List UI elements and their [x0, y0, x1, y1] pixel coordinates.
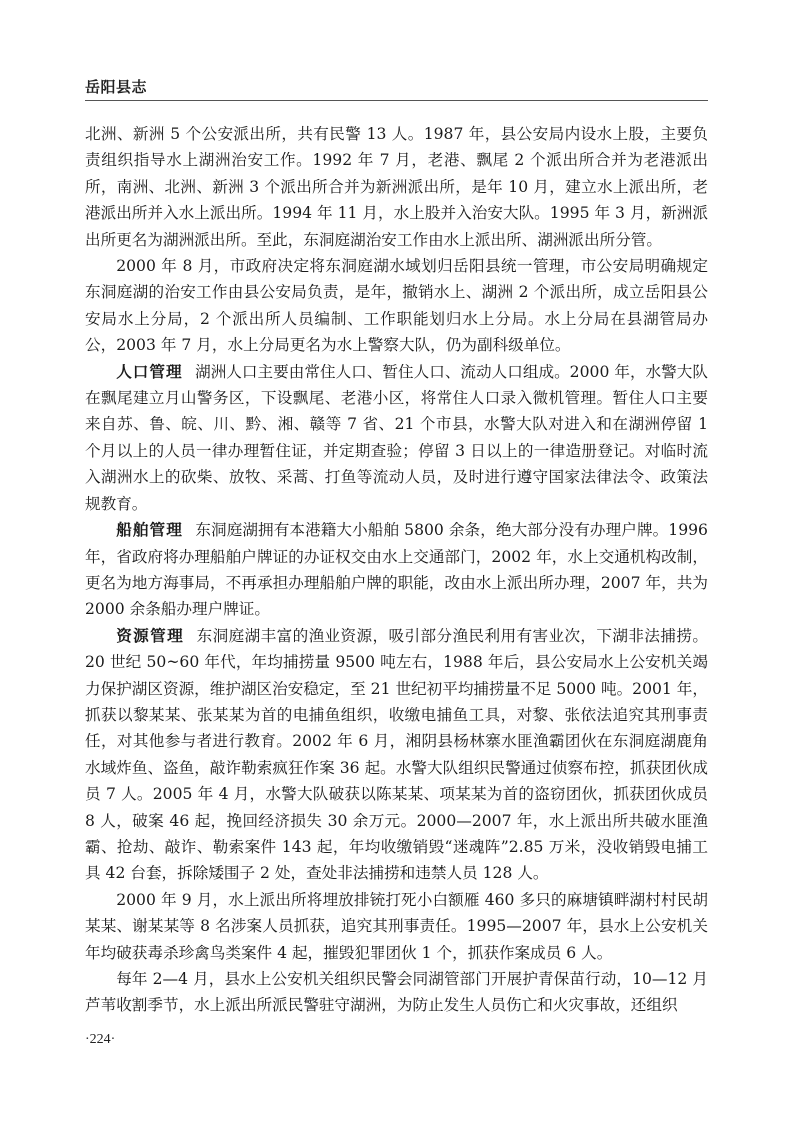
paragraph-text: 东洞庭湖丰富的渔业资源，吸引部分渔民利用有害业次，下湖非法捕捞。20 世纪 50… [85, 627, 708, 883]
header-rule [85, 100, 708, 101]
body-text: 北洲、新洲 5 个公安派出所，共有民警 13 人。1987 年，县公安局内设水上… [85, 121, 708, 1019]
paragraph-text: 北洲、新洲 5 个公安派出所，共有民警 13 人。1987 年，县公安局内设水上… [85, 125, 708, 249]
paragraph-2: 2000 年 8 月，市政府决定将东洞庭湖水域划归岳阳县统一管理，市公安局明确规… [85, 253, 708, 359]
paragraph-7: 每年 2—4 月，县水上公安机关组织民警会同湖管部门开展护青保苗行动，10—12… [85, 966, 708, 1019]
paragraph-text: 每年 2—4 月，县水上公安机关组织民警会同湖管部门开展护青保苗行动，10—12… [85, 970, 708, 1014]
page-number: ·224· [85, 1032, 115, 1048]
section-lead-heading: 人口管理 [116, 363, 182, 381]
paragraph-resource-management: 资源管理东洞庭湖丰富的渔业资源，吸引部分渔民利用有害业次，下湖非法捕捞。20 世… [85, 623, 708, 887]
paragraph-1: 北洲、新洲 5 个公安派出所，共有民警 13 人。1987 年，县公安局内设水上… [85, 121, 708, 253]
paragraph-text: 2000 年 8 月，市政府决定将东洞庭湖水域划归岳阳县统一管理，市公安局明确规… [85, 257, 708, 354]
paragraph-population-management: 人口管理湖洲人口主要由常住人口、暂住人口、流动人口组成。2000 年，水警大队在… [85, 359, 708, 517]
paragraph-text: 2000 年 9 月，水上派出所将埋放排铳打死小白额雁 460 多只的麻塘镇畔湖… [85, 891, 708, 962]
paragraph-6: 2000 年 9 月，水上派出所将埋放排铳打死小白额雁 460 多只的麻塘镇畔湖… [85, 887, 708, 966]
section-lead-heading: 船舶管理 [116, 521, 183, 539]
paragraph-ship-management: 船舶管理东洞庭湖拥有本港籍大小船舶 5800 余条，绝大部分没有办理户牌。199… [85, 517, 708, 623]
section-lead-heading: 资源管理 [116, 627, 184, 645]
paragraph-text: 湖洲人口主要由常住人口、暂住人口、流动人口组成。2000 年，水警大队在飘尾建立… [85, 363, 708, 513]
running-head-title: 岳阳县志 [85, 76, 147, 97]
